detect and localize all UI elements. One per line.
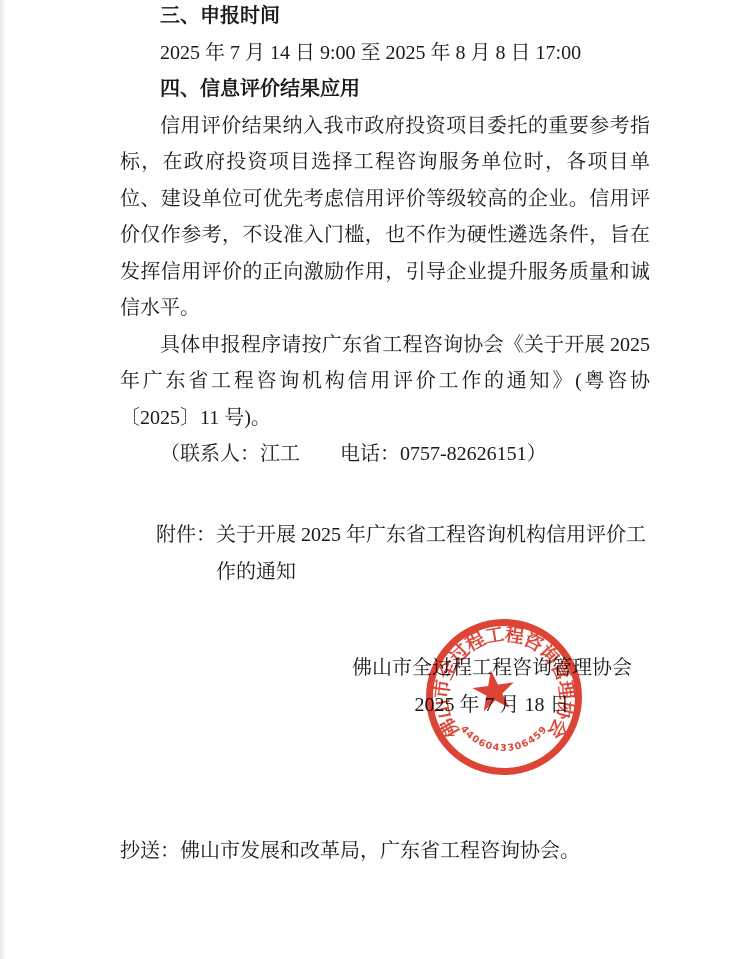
attachment-title: 关于开展 2025 年广东省工程咨询机构信用评价工作的通知 bbox=[216, 517, 646, 591]
attachment-label: 附件： bbox=[156, 517, 216, 554]
seal-code-number: 4406043306459 bbox=[458, 724, 550, 754]
section4-paragraph-2: 具体申报程序请按广东省工程咨询协会《关于开展 2025 年广东省工程咨询机构信用… bbox=[120, 327, 650, 437]
cc-line: 抄送：佛山市发展和改革局，广东省工程咨询协会。 bbox=[120, 833, 580, 870]
attachment-block: 附件： 关于开展 2025 年广东省工程咨询机构信用评价工作的通知 bbox=[156, 517, 648, 591]
signature-org-name: 佛山市全过程工程咨询管理协会 bbox=[340, 650, 644, 687]
signature-date: 2025 年 7 月 18 日 bbox=[340, 687, 644, 724]
section4-paragraph-1: 信用评价结果纳入我市政府投资项目委托的重要参考指标，在政府投资项目选择工程咨询服… bbox=[120, 108, 650, 327]
signature-block: 佛山市全过程工程咨询管理协会 2025 年 7 月 18 日 bbox=[340, 650, 644, 723]
document-body: 三、申报时间 2025 年 7 月 14 日 9:00 至 2025 年 8 月… bbox=[120, 0, 650, 473]
section3-time-range: 2025 年 7 月 14 日 9:00 至 2025 年 8 月 8 日 17… bbox=[120, 35, 650, 72]
document-page: 三、申报时间 2025 年 7 月 14 日 9:00 至 2025 年 8 月… bbox=[0, 0, 750, 959]
section3-heading: 三、申报时间 bbox=[120, 0, 650, 35]
svg-text:4406043306459: 4406043306459 bbox=[458, 724, 550, 754]
section4-heading: 四、信息评价结果应用 bbox=[120, 71, 650, 108]
contact-line: （联系人：江工 电话：0757-82626151） bbox=[120, 436, 650, 473]
